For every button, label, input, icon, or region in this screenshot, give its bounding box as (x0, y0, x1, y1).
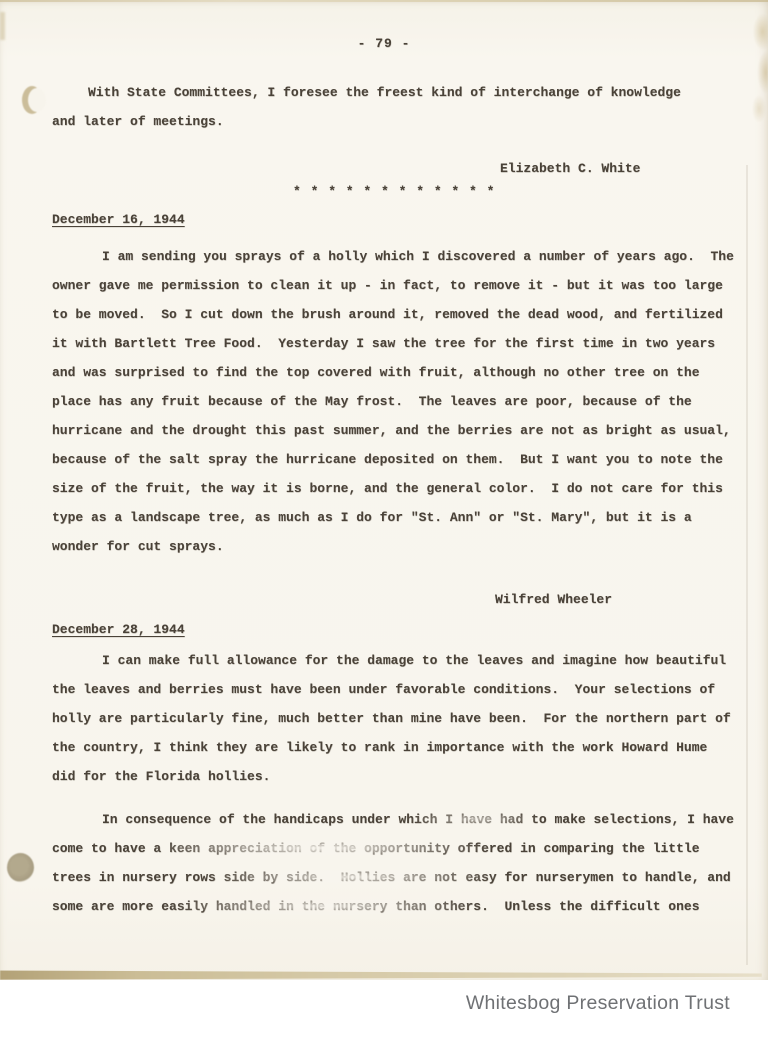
punch-hole-crescent-mark (22, 86, 42, 114)
letter-dec28-paragraph-2: In consequence of the handicaps under wh… (52, 805, 752, 921)
watermark-text: Whitesbog Preservation Trust (466, 992, 730, 1015)
letter-dec28-paragraph-1: I can make full allowance for the damage… (52, 646, 752, 791)
asterisk-divider: * * * * * * * * * * * * (293, 184, 495, 199)
letter-dec16-body: I am sending you sprays of a holly which… (52, 242, 752, 561)
intro-paragraph: With State Committees, I foresee the fre… (52, 78, 752, 136)
page-scan: - 79 - With State Committees, I foresee … (0, 0, 768, 980)
signature-elizabeth-white: Elizabeth C. White (500, 160, 640, 178)
round-stain-artifact (7, 853, 34, 882)
scan-bottom-edge-artifact (0, 970, 762, 980)
scan-top-edge-artifact (0, 0, 768, 2)
page-number: - 79 - (0, 36, 768, 51)
date-heading-dec28: December 28, 1944 (52, 622, 185, 637)
watermark-strip: Whitesbog Preservation Trust (0, 980, 768, 1056)
scanned-letter-page: - 79 - With State Committees, I foresee … (0, 0, 768, 1056)
date-heading-dec16: December 16, 1944 (52, 212, 185, 227)
signature-wilfred-wheeler: Wilfred Wheeler (495, 591, 612, 609)
